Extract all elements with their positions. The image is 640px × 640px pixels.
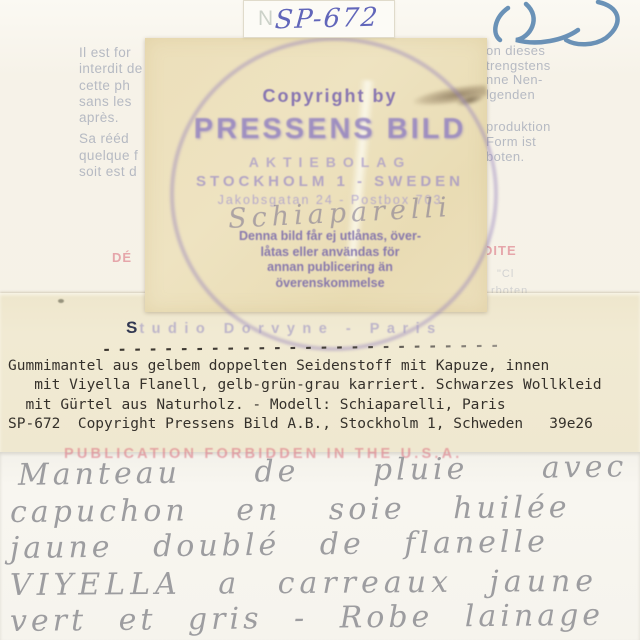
typed-caption-block: Gummimantel aus gelbem doppelten Seidens…: [8, 357, 602, 435]
faded-text-line: nne Nen-: [486, 73, 626, 88]
stamp-notice-line: överenskommelse: [165, 276, 495, 292]
paper-speck: [58, 299, 64, 303]
faded-fragment: "Cl: [497, 268, 514, 280]
caption-line: Gummimantel aus gelbem doppelten Seidens…: [8, 357, 602, 376]
stamp-notice-line: låtas eller användas för: [165, 245, 495, 261]
studio-stamp-text: tudio Dorvyne - Paris: [139, 321, 442, 337]
copyright-stamp-agency: PRESSENS BILD: [165, 113, 495, 146]
copyright-stamp-line: STOCKHOLM 1 - SWEDEN: [165, 173, 495, 190]
caption-line: SP-672 Copyright Pressens Bild A.B., Sto…: [8, 415, 602, 434]
blue-pen-scribble: [486, 0, 640, 52]
negative-number: SP-672: [274, 3, 381, 36]
handwritten-line: Manteau de pluie avec: [10, 449, 628, 494]
copyright-stamp-swedish-notice: Denna bild får ej utlånas, över- låtas e…: [165, 229, 495, 291]
handwritten-line: jaune doublé de flanelle: [10, 523, 628, 567]
negative-number-prefix: N: [258, 7, 273, 31]
stamp-notice-line: annan publicering än: [165, 260, 495, 276]
red-stamp-fragment-left: DÉ: [112, 250, 132, 265]
faded-text-line: lgenden: [486, 88, 626, 103]
copyright-stamp-line: Copyright by: [165, 86, 495, 107]
copyright-stamp-line: AKTIEBOLAG: [165, 154, 495, 170]
faded-text-line: produktion: [486, 120, 626, 135]
faded-text-line: trengstens: [486, 59, 626, 74]
caption-line: mit Viyella Flanell, gelb-grün-grau karr…: [8, 376, 602, 395]
caption-line: mit Gürtel aus Naturholz. - Modell: Schi…: [8, 396, 602, 415]
studio-stamp: Studio Dorvyne - Paris: [126, 318, 443, 338]
negative-number-box: N SP-672: [243, 0, 395, 38]
handwritten-french-note: Manteau de pluie avec capuchon en soie h…: [10, 458, 627, 640]
handwritten-line: vert et gris - Robe lainage: [10, 598, 628, 640]
studio-stamp-initial: S: [126, 318, 139, 337]
faded-german-copyright-text: on dieses trengstens nne Nen- lgenden pr…: [486, 44, 626, 164]
faded-text-line: Form ist: [486, 135, 626, 150]
photo-verso-scan: Il est for interdit de cette ph sans les…: [0, 0, 640, 640]
faded-text-line: boten.: [486, 150, 626, 165]
